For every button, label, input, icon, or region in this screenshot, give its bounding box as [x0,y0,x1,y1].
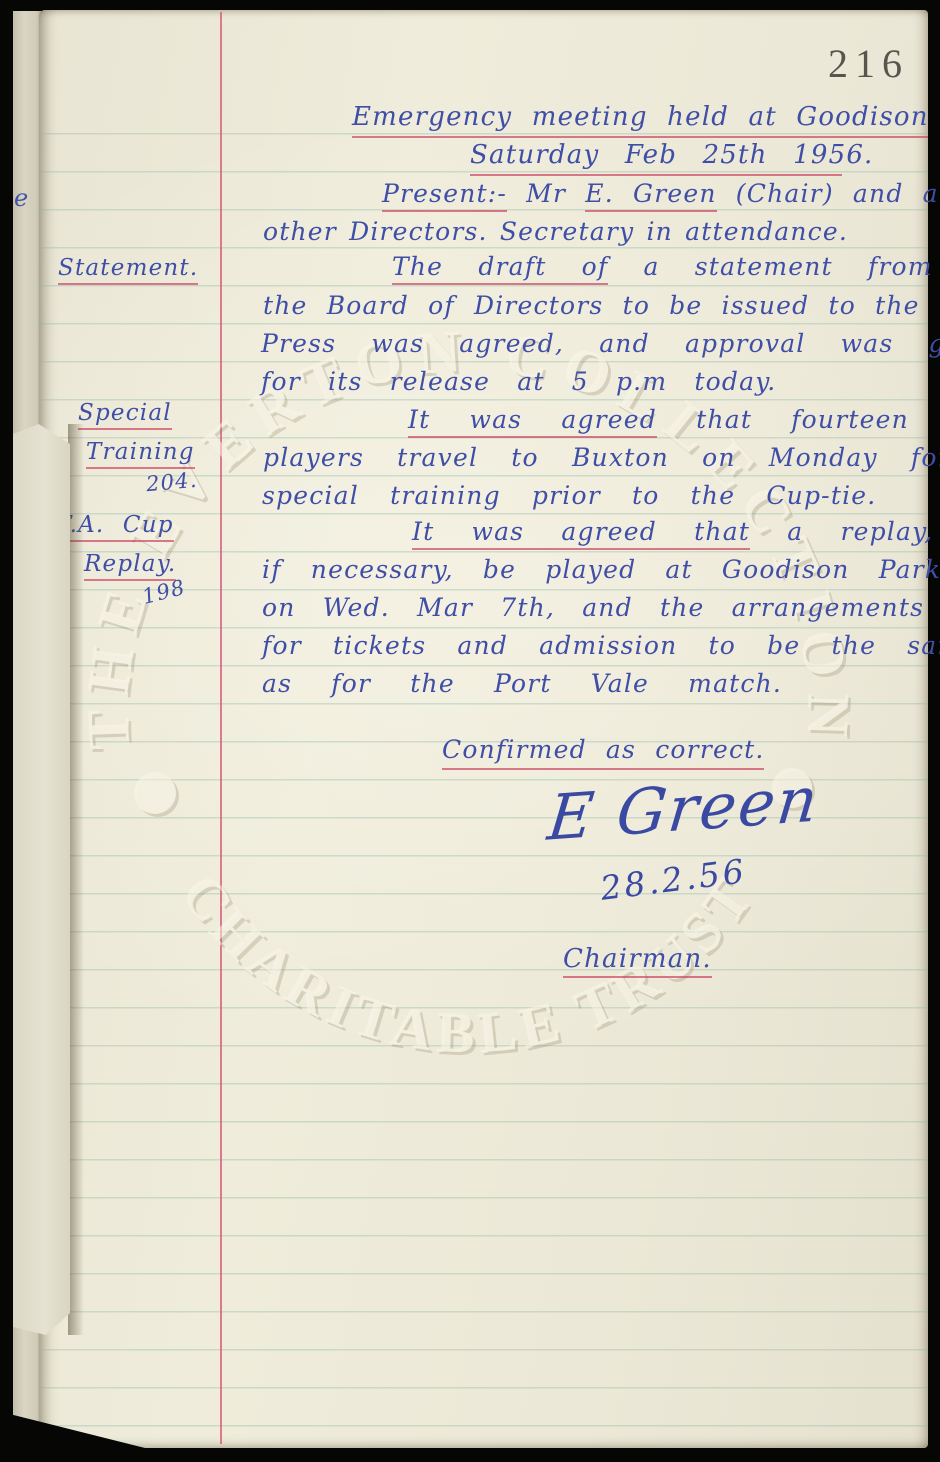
present-label: Present:- [382,179,507,212]
replay-line-2: if necessary, be played at Goodison Park [262,555,940,584]
heading-present-line: Present:- Mr E. Green (Chair) and all [382,179,940,208]
heading-meeting-title: Emergency meeting held at Goodison Park. [352,102,928,138]
margin-note-replay-label: Replay. [84,551,176,581]
scanned-minute-book-page: e THE EVERTON COLLECTION CHARITABLE TRUS… [0,0,940,1462]
margin-note-special: Special [78,400,172,426]
page-edge-ink-fragment: e [14,184,29,212]
replay-line-4: for tickets and admission to be the same [262,631,940,660]
page-number: 216 [828,40,909,87]
replay-line-1-underlined: It was agreed that [412,517,750,550]
chairman-name: E. Green [585,179,716,212]
replay-line-5: as for the Port Vale match. [262,669,782,698]
statement-line-2: the Board of Directors to be issued to t… [263,291,920,320]
replay-line-1: It was agreed that a replay, [412,517,933,546]
margin-note-statement: Statement. [58,255,198,281]
margin-note-statement-label: Statement. [58,255,198,285]
margin-rule-line [220,12,222,1444]
training-line-1-underlined: It was agreed [408,405,657,438]
statement-line-1: The draft of a statement from [392,252,933,281]
statement-line-1-rest: a statement from [643,252,932,281]
training-line-1-rest: that fourteen [696,405,909,434]
training-line-3: special training prior to the Cup-tie. [262,481,876,510]
present-mid: Mr [526,179,566,208]
statement-line-3: Press was agreed, and approval was given [261,329,940,358]
chairman-label-text: Chairman. [563,944,712,978]
protruding-page-edge-tab [13,424,70,1335]
statement-line-4: for its release at 5 p.m today. [261,367,776,396]
heading-meeting-date: Saturday Feb 25th 1956. [470,140,842,176]
margin-note-training: Training [86,439,195,465]
statement-line-1-underlined: The draft of [392,252,608,285]
confirmation-line: Confirmed as correct. [442,735,764,770]
present-rest: (Chair) and all [736,179,940,208]
minute-page: THE EVERTON COLLECTION CHARITABLE TRUST … [39,10,928,1448]
replay-line-1-rest: a replay, [787,517,933,546]
margin-note-training-label: Training [86,439,195,469]
margin-note-special-label: Special [78,400,172,430]
replay-line-3: on Wed. Mar 7th, and the arrangements [262,593,924,622]
page-edge-crease-shadow [68,424,84,1335]
margin-ref-204: 204. [145,468,198,496]
training-line-2: players travel to Buxton on Monday for [263,443,940,472]
training-line-1: It was agreed that fourteen [408,405,909,434]
chairman-label: Chairman. [563,944,712,974]
margin-note-replay: Replay. [84,551,176,577]
heading-attendance-line: other Directors. Secretary in attendance… [263,217,848,246]
